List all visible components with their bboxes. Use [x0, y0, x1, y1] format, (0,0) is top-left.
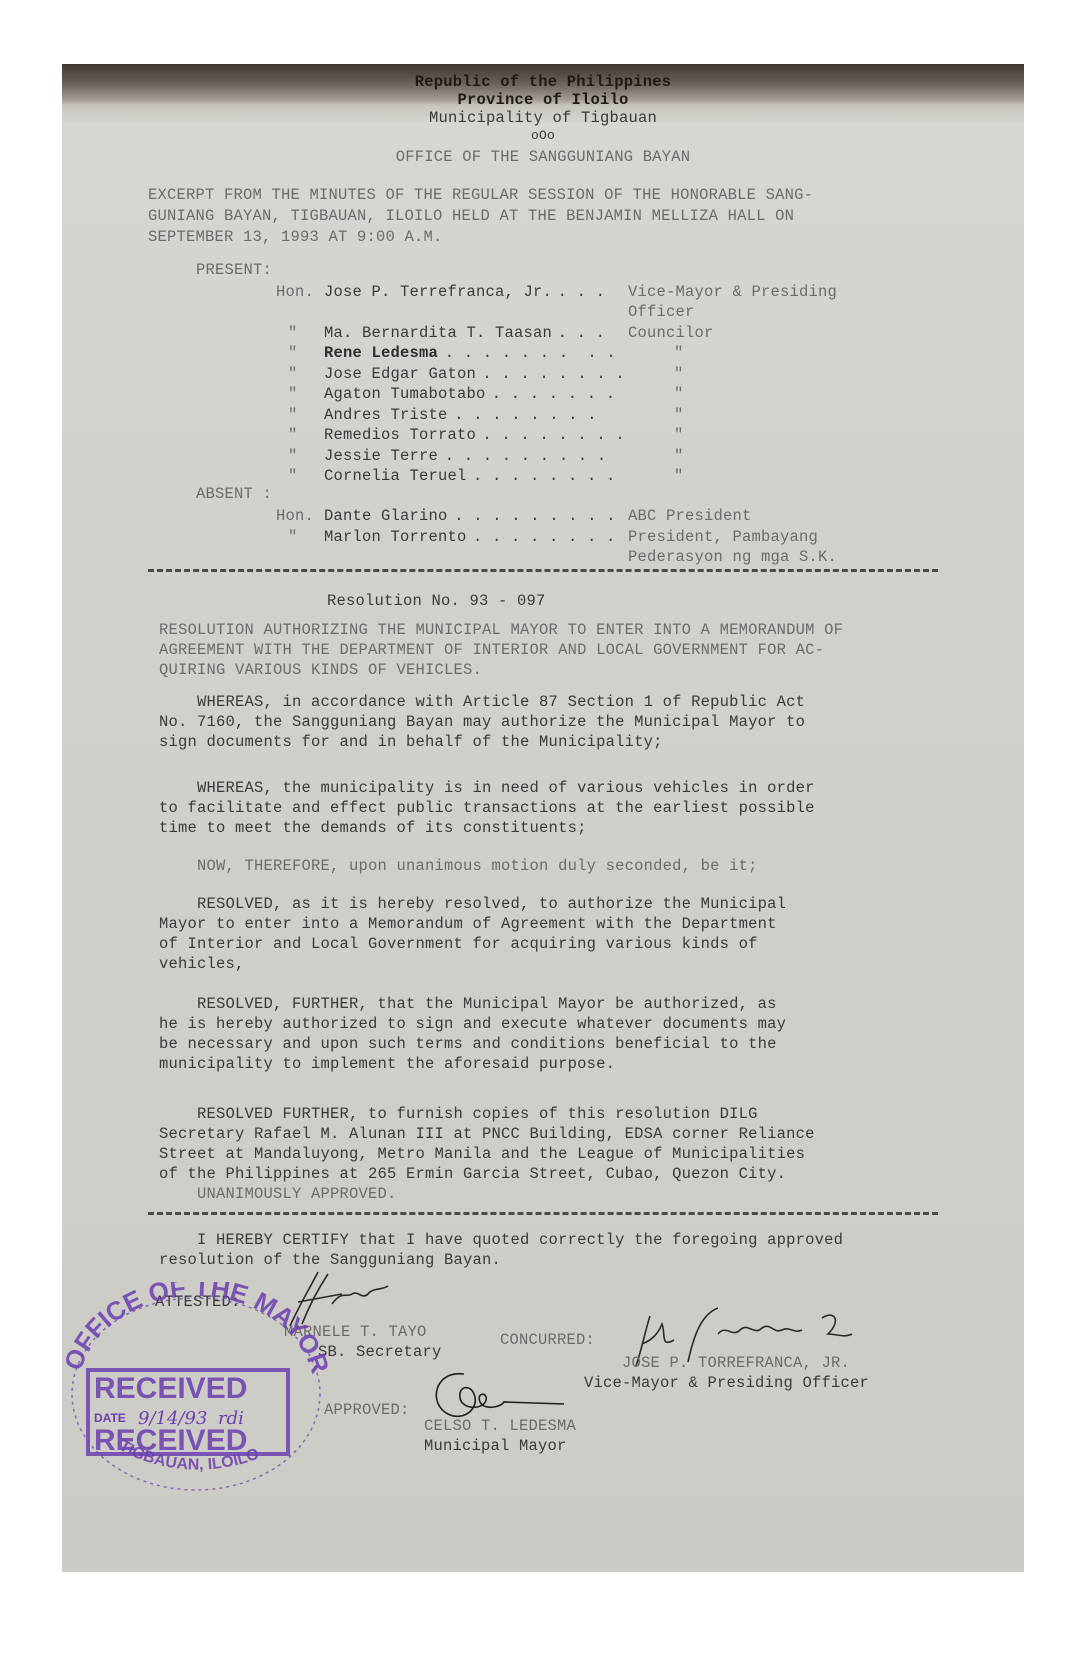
- approved-label: APPROVED:: [324, 1400, 410, 1420]
- paragraph-line: vehicles,: [159, 954, 245, 974]
- member-prefix: ": [288, 384, 298, 404]
- resolution-number: Resolution No. 93 - 097: [327, 591, 546, 611]
- member-leader-dots: . . . . . . . . .: [454, 506, 616, 526]
- member-name: Remedios Torrato: [324, 425, 476, 445]
- member-leader-dots: . . .: [558, 323, 606, 343]
- header-republic: Republic of the Philippines: [62, 72, 1024, 92]
- header-ornament: oOo: [62, 126, 1024, 146]
- document-page: Republic of the Philippines Province of …: [62, 64, 1024, 1572]
- member-leader-dots: . . . . . . . .: [454, 405, 597, 425]
- member-name: Cornelia Teruel: [324, 466, 467, 486]
- present-label: PRESENT:: [196, 260, 272, 280]
- member-prefix: ": [288, 446, 298, 466]
- paragraph-line: No. 7160, the Sangguniang Bayan may auth…: [159, 712, 805, 732]
- paragraph-line: municipality to implement the aforesaid …: [159, 1054, 615, 1074]
- member-position: ": [674, 466, 684, 486]
- member-prefix: Hon.: [276, 506, 314, 526]
- header-municipality: Municipality of Tigbauan: [62, 108, 1024, 128]
- header-office: OFFICE OF THE SANGGUNIANG BAYAN: [62, 147, 1024, 167]
- member-position-continued: Officer: [628, 302, 695, 322]
- member-leader-dots: . . . . . . . .: [473, 527, 616, 547]
- paragraph-line: of the Philippines at 265 Ermin Garcia S…: [159, 1164, 786, 1184]
- paragraph-line: RESOLVED FURTHER, to furnish copies of t…: [159, 1104, 758, 1124]
- member-leader-dots: . . . . . . . .: [482, 425, 625, 445]
- paragraph-line: RESOLVED, as it is hereby resolved, to a…: [159, 894, 786, 914]
- divider: [148, 1212, 938, 1215]
- stamp-received: RECEIVED: [94, 1372, 247, 1405]
- attested-title: SB. Secretary: [318, 1342, 442, 1362]
- member-prefix: ": [288, 343, 298, 363]
- paragraph-line: to facilitate and effect public transact…: [159, 798, 815, 818]
- member-position: ": [674, 425, 684, 445]
- member-prefix: ": [288, 466, 298, 486]
- resolution-title-line: RESOLUTION AUTHORIZING THE MUNICIPAL MAY…: [159, 620, 843, 640]
- paragraph-line: WHEREAS, in accordance with Article 87 S…: [159, 692, 805, 712]
- member-position: Vice-Mayor & Presiding: [628, 282, 837, 302]
- paragraph-line: of Interior and Local Government for acq…: [159, 934, 758, 954]
- resolution-title-line: QUIRING VARIOUS KINDS OF VEHICLES.: [159, 660, 482, 680]
- member-name: Rene Ledesma: [324, 343, 438, 363]
- member-leader-dots: . . . . . . . . .: [445, 446, 607, 466]
- absent-label: ABSENT :: [196, 484, 272, 504]
- member-leader-dots: . . . . . . . .: [473, 466, 616, 486]
- member-position: ": [674, 384, 684, 404]
- member-name: Ma. Bernardita T. Taasan: [324, 323, 552, 343]
- member-prefix: ": [288, 323, 298, 343]
- paragraph-line: Secretary Rafael M. Alunan III at PNCC B…: [159, 1124, 815, 1144]
- paragraph-line: sign documents for and in behalf of the …: [159, 732, 663, 752]
- member-position: ": [674, 405, 684, 425]
- svg-text:OFFICE OF THE MAYOR: OFFICE OF THE MAYOR: [58, 1282, 328, 1377]
- member-position: ABC President: [628, 506, 752, 526]
- paragraph-line: be necessary and upon such terms and con…: [159, 1034, 777, 1054]
- paragraph-line: RESOLVED, FURTHER, that the Municipal Ma…: [159, 994, 777, 1014]
- approved-signature: [424, 1364, 574, 1424]
- member-leader-dots: . . . . . . .: [492, 384, 616, 404]
- stamp-date-label: DATE: [94, 1411, 126, 1425]
- member-leader-dots: . . .: [558, 282, 606, 302]
- certification-line: I HEREBY CERTIFY that I have quoted corr…: [159, 1230, 843, 1250]
- member-position: Councilor: [628, 323, 714, 343]
- concurred-label: CONCURRED:: [500, 1330, 595, 1350]
- member-name: Marlon Torrento: [324, 527, 467, 547]
- member-position: ": [674, 343, 684, 363]
- received-stamp: OFFICE OF THE MAYOR RECEIVED DATE 9/14/9…: [58, 1282, 328, 1492]
- concurred-name: JOSE P. TORREFRANCA, JR.: [622, 1353, 850, 1373]
- paragraph-line: Street at Mandaluyong, Metro Manila and …: [159, 1144, 805, 1164]
- member-name: Agaton Tumabotabo: [324, 384, 486, 404]
- intro-line: SEPTEMBER 13, 1993 AT 9:00 A.M.: [148, 227, 443, 247]
- member-position-continued: Pederasyon ng mga S.K.: [628, 547, 837, 567]
- member-name: Jose P. Terrefranca, Jr.: [324, 282, 552, 302]
- paragraph-line: NOW, THEREFORE, upon unanimous motion du…: [159, 856, 758, 876]
- paragraph-line: WHEREAS, the municipality is in need of …: [159, 778, 815, 798]
- member-name: Jose Edgar Gaton: [324, 364, 476, 384]
- paragraph-line: time to meet the demands of its constitu…: [159, 818, 587, 838]
- concurred-title: Vice-Mayor & Presiding Officer: [584, 1373, 869, 1393]
- member-name: Dante Glarino: [324, 506, 448, 526]
- divider: [148, 569, 938, 572]
- member-prefix: ": [288, 425, 298, 445]
- member-name: Andres Triste: [324, 405, 448, 425]
- paragraph-line: UNANIMOUSLY APPROVED.: [159, 1184, 397, 1204]
- stamp-arc-top: OFFICE OF THE MAYOR: [58, 1282, 328, 1377]
- member-position: ": [674, 446, 684, 466]
- member-name: Jessie Terre: [324, 446, 438, 466]
- paragraph-line: he is hereby authorized to sign and exec…: [159, 1014, 786, 1034]
- member-prefix: ": [288, 405, 298, 425]
- intro-line: GUNIANG BAYAN, TIGBAUAN, ILOILO HELD AT …: [148, 206, 794, 226]
- member-leader-dots: . . . . . . . .: [482, 364, 625, 384]
- member-position: President, Pambayang: [628, 527, 818, 547]
- member-position: ": [674, 364, 684, 384]
- member-prefix: ": [288, 364, 298, 384]
- approved-name: CELSO T. LEDESMA: [424, 1416, 576, 1436]
- resolution-title-line: AGREEMENT WITH THE DEPARTMENT OF INTERIO…: [159, 640, 824, 660]
- header-province: Province of Iloilo: [62, 90, 1024, 110]
- member-prefix: ": [288, 527, 298, 547]
- member-leader-dots: . . . . . . . . .: [445, 343, 616, 363]
- member-prefix: Hon.: [276, 282, 314, 302]
- approved-title: Municipal Mayor: [424, 1436, 567, 1456]
- paragraph-line: Mayor to enter into a Memorandum of Agre…: [159, 914, 777, 934]
- intro-line: EXCERPT FROM THE MINUTES OF THE REGULAR …: [148, 185, 813, 205]
